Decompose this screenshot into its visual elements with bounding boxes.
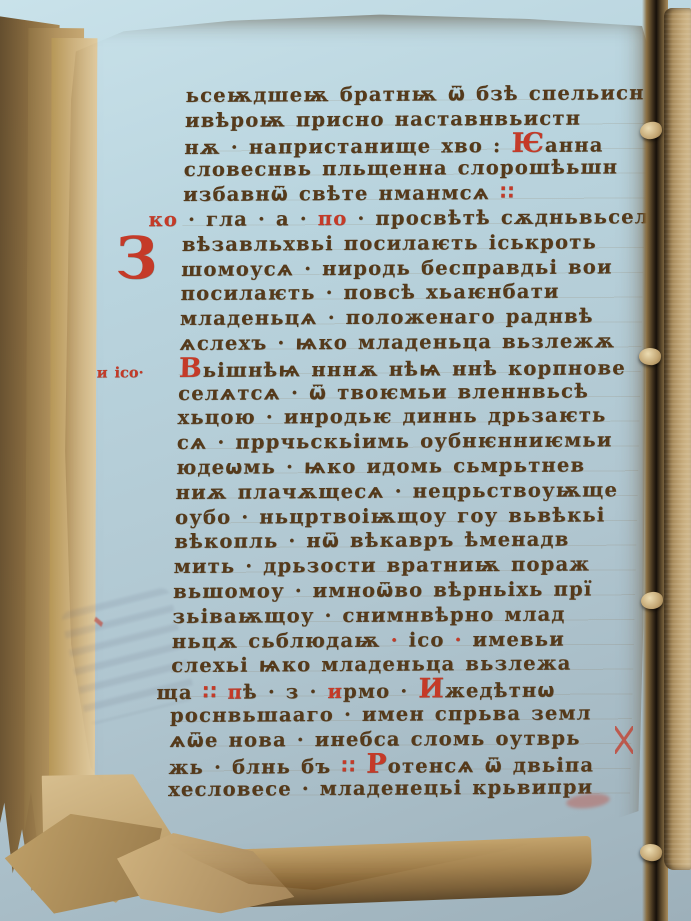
text-run: оубо · ньцртвоіѭщоу гоу вьвѣкьі — [175, 503, 606, 529]
text-run: слехьі ѩко младеньца вьзлежа — [171, 652, 572, 677]
rubric-run: И — [418, 673, 446, 704]
text-run: ьсеѭдшеѭ братнѭ ѿ бзѣ спельисн — [185, 81, 644, 107]
rubric-run: Ѥ — [511, 127, 545, 158]
manuscript-line: юдеѡмь · ѩко идомь сьмрьтнев — [176, 453, 639, 481]
text-run: шомоусѧ · ниродь бесправдьі вои — [181, 255, 613, 281]
manuscript-line: ивѣроѭ присно наставнвьистн — [185, 106, 648, 134]
manuscript-line: и ісо·Вьішнѣѩ нннѫ нѣѩ ннѣ корпнове — [178, 354, 641, 382]
manuscript-line: хесловесе · младенецьі крьвипри — [168, 775, 631, 803]
manuscript-line: мить · дрьзости вратниѭ пораж — [173, 552, 636, 580]
manuscript-line: хьцою · инродьѥ диннь дрьзаѥть — [177, 404, 640, 432]
manuscript-line: ѧѿе нова · инебса сломь оутврь — [169, 726, 632, 754]
manuscript-line: младеньцѧ · положенаго раднвѣ — [180, 304, 643, 332]
manuscript-line: селѧтсѧ · ѿ твоѥмьи вленнвьсѣ — [178, 379, 641, 407]
text-run: · просвѣтѣ сѫдньвьсел — [347, 205, 650, 230]
text-run: ниѫ плачѫщесѧ · нецрьствоуѭще — [175, 478, 618, 504]
text-run: вѣзавльхвьі посилаѥть іськроть — [182, 230, 598, 256]
manuscript-line: слехьі ѩко младеньца вьзлежа — [171, 651, 634, 679]
text-run: рмо · — [343, 680, 419, 703]
text-run: жь · блнь бъ — [168, 754, 341, 778]
manuscript-line: ньцѫ сьблюдаѭ · ісо · имевьи — [172, 627, 635, 655]
rubric-run: З — [115, 229, 160, 287]
text-run: нѫ · напристанище хво : — [184, 134, 512, 159]
text-run: хьцою · инродьѥ диннь дрьзаѥть — [177, 404, 607, 430]
text-run: младеньцѧ · положенаго раднвѣ — [180, 305, 594, 331]
text-run: ща — [156, 681, 203, 704]
red-ink-mark — [615, 726, 633, 754]
manuscript-line: ща ∷ пѣ · з · ирмо · Ижедѣтнѡ — [156, 676, 633, 704]
text-run: вьшомоу · имноѿво вѣрньіхь прї — [173, 577, 593, 603]
text-run: избавнѿ свѣте нманмсѧ — [183, 181, 501, 206]
manuscript-line: ьсеѭдшеѭ братнѭ ѿ бзѣ спельисн — [185, 81, 648, 109]
manuscript-line: зьіваѭщоу · снимнвѣрно млад — [172, 602, 635, 630]
text-run: имевьи — [462, 627, 565, 651]
text-run: зьіваѭщоу · снимнвѣрно млад — [172, 602, 566, 627]
manuscript-line: жь · блнь бъ ∷ Ротенсѧ ѿ двьіпа — [168, 751, 631, 779]
text-run: посилаѥть · повсѣ хьаѥнбати — [180, 280, 559, 305]
text-run: вѣкопль · нѿ вѣкавръ ѣменадв — [174, 528, 570, 553]
text-run: отенсѧ ѿ двьіпа — [387, 753, 594, 777]
text-run: юдеѡмь · ѩко идомь сьмрьтнев — [176, 453, 586, 478]
rubric-run: и — [327, 680, 343, 703]
manuscript-line: нѫ · напристанище хво : Ѥанна — [184, 131, 647, 159]
rubric-run: В — [178, 353, 203, 384]
text-run: ньцѫ сьблюдаѭ — [172, 628, 391, 652]
manuscript-photo: ьсеѭдшеѭ братнѭ ѿ бзѣ спельиснивѣроѭ при… — [0, 0, 691, 921]
manuscript-line: шомоусѧ · ниродь бесправдьі вои — [181, 255, 644, 283]
manuscript-line: избавнѿ свѣте нманмсѧ ∷ — [183, 180, 646, 208]
rubric-run: ∷ — [500, 181, 515, 204]
text-run: сѧ · пррчьскьіимь оубнѥнниѥмьи — [177, 428, 613, 454]
text-run: ьішнѣѩ нннѫ нѣѩ ннѣ корпнове — [202, 356, 626, 382]
text-run: словеснвь пльщенна слорошѣьшн — [184, 156, 619, 182]
rubric-run: ∷ — [341, 754, 366, 777]
manuscript-line: ниѫ плачѫщесѧ · нецрьствоуѭще — [175, 478, 638, 506]
text-run: жедѣтнѡ — [445, 679, 556, 703]
manuscript-line: оубо · ньцртвоіѭщоу гоу вьвѣкьі — [175, 503, 638, 531]
text-run: ѣ · з · — [243, 680, 328, 704]
manuscript-line: ко · гла · а · по · просвѣтѣ сѫдньвьсел — [148, 205, 645, 233]
text-run: анна — [545, 133, 604, 156]
rubric-run: ∷ п — [202, 681, 243, 704]
manuscript-line: Звѣзавльхвьі посилаѥть іськроть — [182, 230, 645, 258]
manuscript-line: роснвьшааго · имен спрьва земл — [170, 701, 633, 729]
rubric-run: по — [317, 207, 347, 230]
text-run: ѧслехъ · ѩко младеньца вьзлежѫ — [179, 329, 615, 355]
rubric-run: и ісо· — [96, 361, 143, 386]
rubric-run: Р — [366, 748, 388, 779]
manuscript-line: словеснвь пльщенна слорошѣьшн — [183, 156, 646, 184]
manuscript-line: вѣкопль · нѿ вѣкавръ ѣменадв — [174, 528, 637, 556]
text-run: ісо — [398, 628, 454, 651]
manuscript-line: вьшомоу · имноѿво вѣрньіхь прї — [173, 577, 636, 605]
manuscript-line: ѧслехъ · ѩко младеньца вьзлежѫ — [179, 329, 642, 357]
manuscript-line: посилаѥть · повсѣ хьаѥнбати — [180, 280, 643, 308]
text-block: ьсеѭдшеѭ братнѭ ѿ бзѣ спельиснивѣроѭ при… — [168, 81, 648, 803]
text-run: мить · дрьзости вратниѭ пораж — [173, 553, 590, 579]
manuscript-line: сѧ · пррчьскьіимь оубнѥнниѥмьи — [177, 428, 640, 456]
facing-page-edge — [664, 8, 691, 870]
text-run: роснвьшааго · имен спрьва земл — [170, 701, 592, 727]
text-run: хесловесе · младенецьі крьвипри — [168, 776, 594, 802]
text-run: селѧтсѧ · ѿ твоѥмьи вленнвьсѣ — [178, 379, 589, 405]
text-run: · гла · а · — [178, 207, 318, 231]
